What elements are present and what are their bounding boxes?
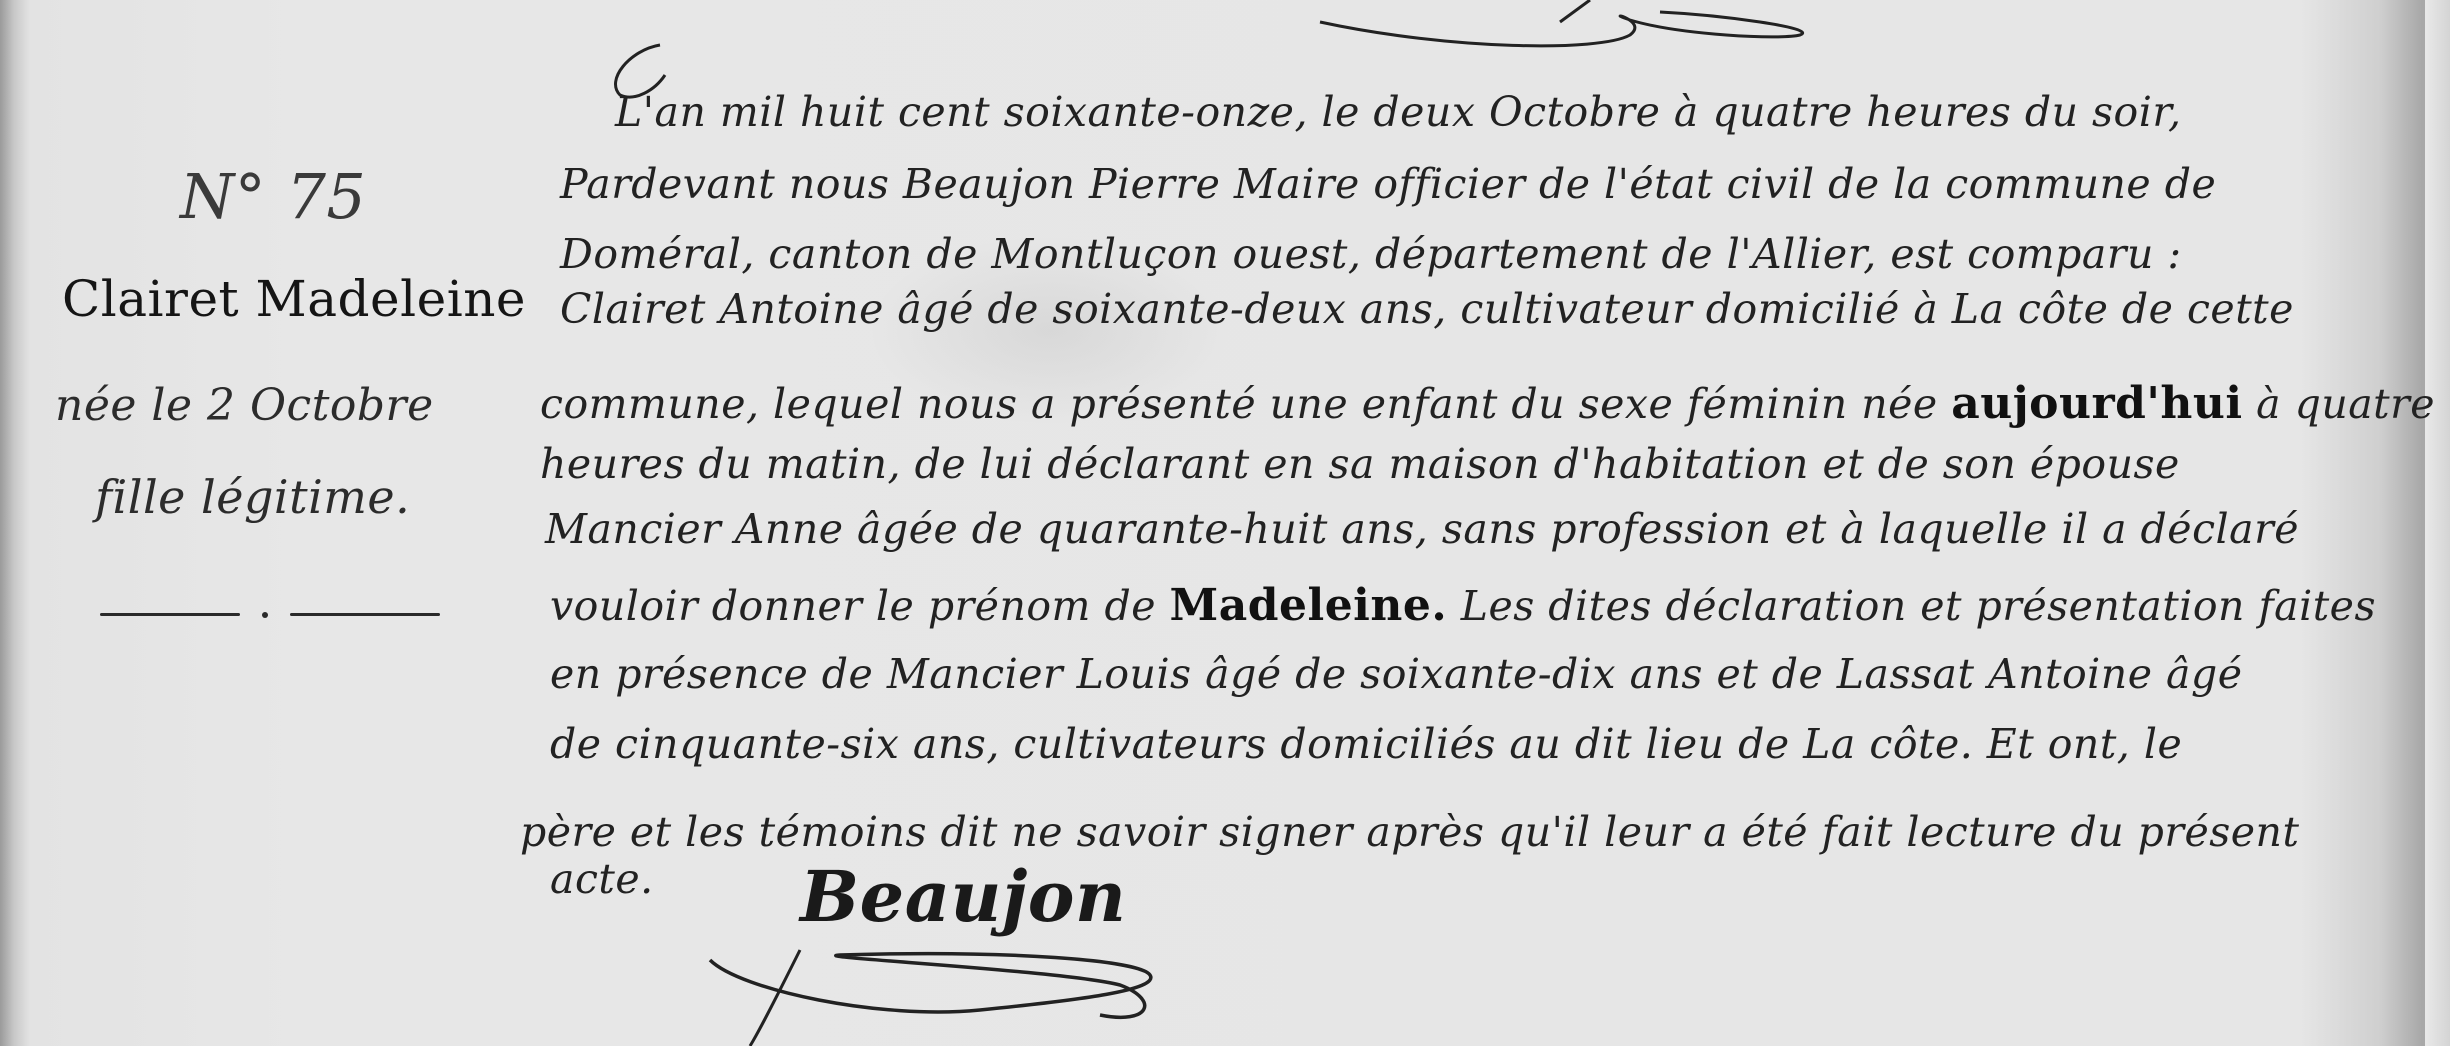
act-line-11: père et les témoins dit ne savoir signer… [520, 808, 2299, 856]
act-line-7: Mancier Anne âgée de quarante-huit ans, … [545, 505, 2299, 553]
act-line-8-pre: vouloir donner le prénom de [550, 582, 1170, 630]
margin-rule-left [100, 613, 240, 616]
act-line-2: Pardevant nous Beaujon Pierre Maire offi… [560, 160, 2216, 208]
top-flourish [1300, 0, 1860, 60]
act-line-4: Clairet Antoine âgé de soixante-deux ans… [560, 285, 2294, 333]
act-line-9: en présence de Mancier Louis âgé de soix… [550, 650, 2242, 698]
margin-rule-right [290, 613, 440, 616]
margin-column: N° 75 Clairet Madeleine née le 2 Octobre… [0, 0, 545, 1046]
act-line-5-pre: commune, lequel nous a présenté une enfa… [540, 380, 1951, 428]
act-line-5: commune, lequel nous a présenté une enfa… [540, 378, 2435, 429]
act-line-10: de cinquante-six ans, cultivateurs domic… [550, 720, 2182, 768]
act-line-1: L'an mil huit cent soixante-onze, le deu… [615, 88, 2181, 136]
birth-date-note: née le 2 Octobre [55, 380, 434, 431]
legitimacy-note: fille légitime. [95, 470, 410, 524]
act-number: N° 75 [180, 160, 366, 233]
act-line-6: heures du matin, de lui déclarant en sa … [540, 440, 2180, 488]
signature-flourish [680, 930, 1200, 1046]
given-name: Madeleine. [1170, 580, 1448, 631]
act-line-5-post: à quatre [2243, 380, 2435, 428]
act-line-3: Doméral, canton de Montluçon ouest, dépa… [560, 230, 2182, 278]
mayor-signature: Beaujon [800, 855, 1126, 938]
child-name: Clairet Madeleine [62, 270, 526, 328]
margin-rule-dot [262, 612, 268, 618]
act-line-8: vouloir donner le prénom de Madeleine. L… [550, 580, 2376, 631]
birth-day-word: aujourd'hui [1951, 378, 2242, 429]
page-edge [2425, 0, 2450, 1046]
act-line-8-post: Les dites déclaration et présentation fa… [1447, 582, 2376, 630]
act-line-12: acte. [550, 855, 654, 903]
